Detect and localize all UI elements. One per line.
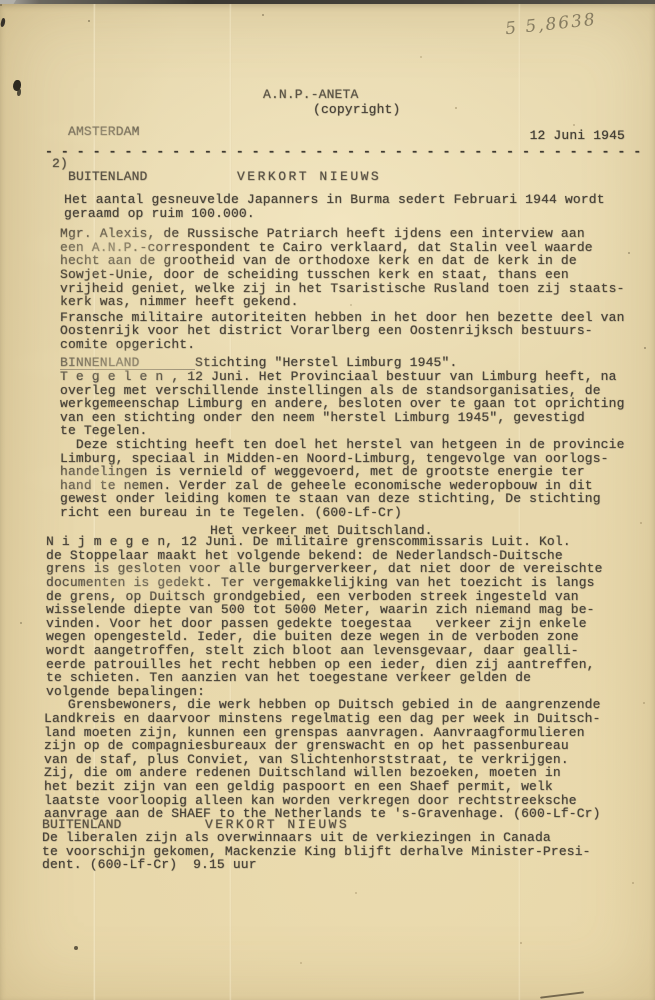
section-label: BUITENLAND <box>68 170 237 184</box>
paragraph: De liberalen zijn als overwinnaars uit d… <box>42 831 653 872</box>
scratch-mark <box>540 991 584 998</box>
paragraph: Het aantal gesneuvelde Japanners in Burm… <box>64 193 653 220</box>
paragraph: Deze stichting heeft ten doel het herste… <box>60 438 653 520</box>
page-number: 2) <box>52 157 653 171</box>
dateline: AMSTERDAM 12 Juni 1945 <box>68 125 653 139</box>
section-heading: Stichting "Herstel Limburg 1945". <box>195 356 457 371</box>
paragraph: Grensbewoners, die werk hebben op Duitsc… <box>44 698 653 820</box>
section-label: BINNENLAND <box>60 356 195 371</box>
dateline-date: 12 Juni 1945 <box>530 129 625 143</box>
paragraph: Fransche militaire autoriteiten hebben i… <box>60 311 653 352</box>
ink-mark <box>0 18 6 28</box>
agency-name: A.N.P.-ANETA <box>263 88 653 102</box>
scanned-news-bulletin: 5 5,8638 A.N.P.-ANETA (copyright) AMSTER… <box>0 0 655 1000</box>
dateline-city: AMSTERDAM <box>68 125 140 139</box>
paper-specks <box>0 4 2 6</box>
section-heading: VERKORT NIEUWS <box>205 818 349 832</box>
copyright-line: (copyright) <box>313 103 653 117</box>
paper-page: 5 5,8638 A.N.P.-ANETA (copyright) AMSTER… <box>0 4 655 1000</box>
section-label: BUITENLAND <box>42 818 205 832</box>
section-header-buitenland: BUITENLAND VERKORT NIEUWS <box>68 170 653 184</box>
ink-blot <box>13 80 21 91</box>
paragraph: N i j m e g e n, 12 Juni. De militaire g… <box>46 535 653 698</box>
dashed-separator: - - - - - - - - - - - - - - - - - - - - … <box>45 147 653 157</box>
paragraph: Mgr. Alexis, de Russische Patriarch heef… <box>60 227 653 309</box>
typewritten-body: A.N.P.-ANETA (copyright) AMSTERDAM 12 Ju… <box>68 4 653 872</box>
section-heading: VERKORT NIEUWS <box>237 170 381 184</box>
paragraph: T e g e l e n , 12 Juni. Het Provinciaal… <box>60 370 653 438</box>
section-header-binnenland: BINNENLAND Stichting "Herstel Limburg 19… <box>60 356 653 371</box>
